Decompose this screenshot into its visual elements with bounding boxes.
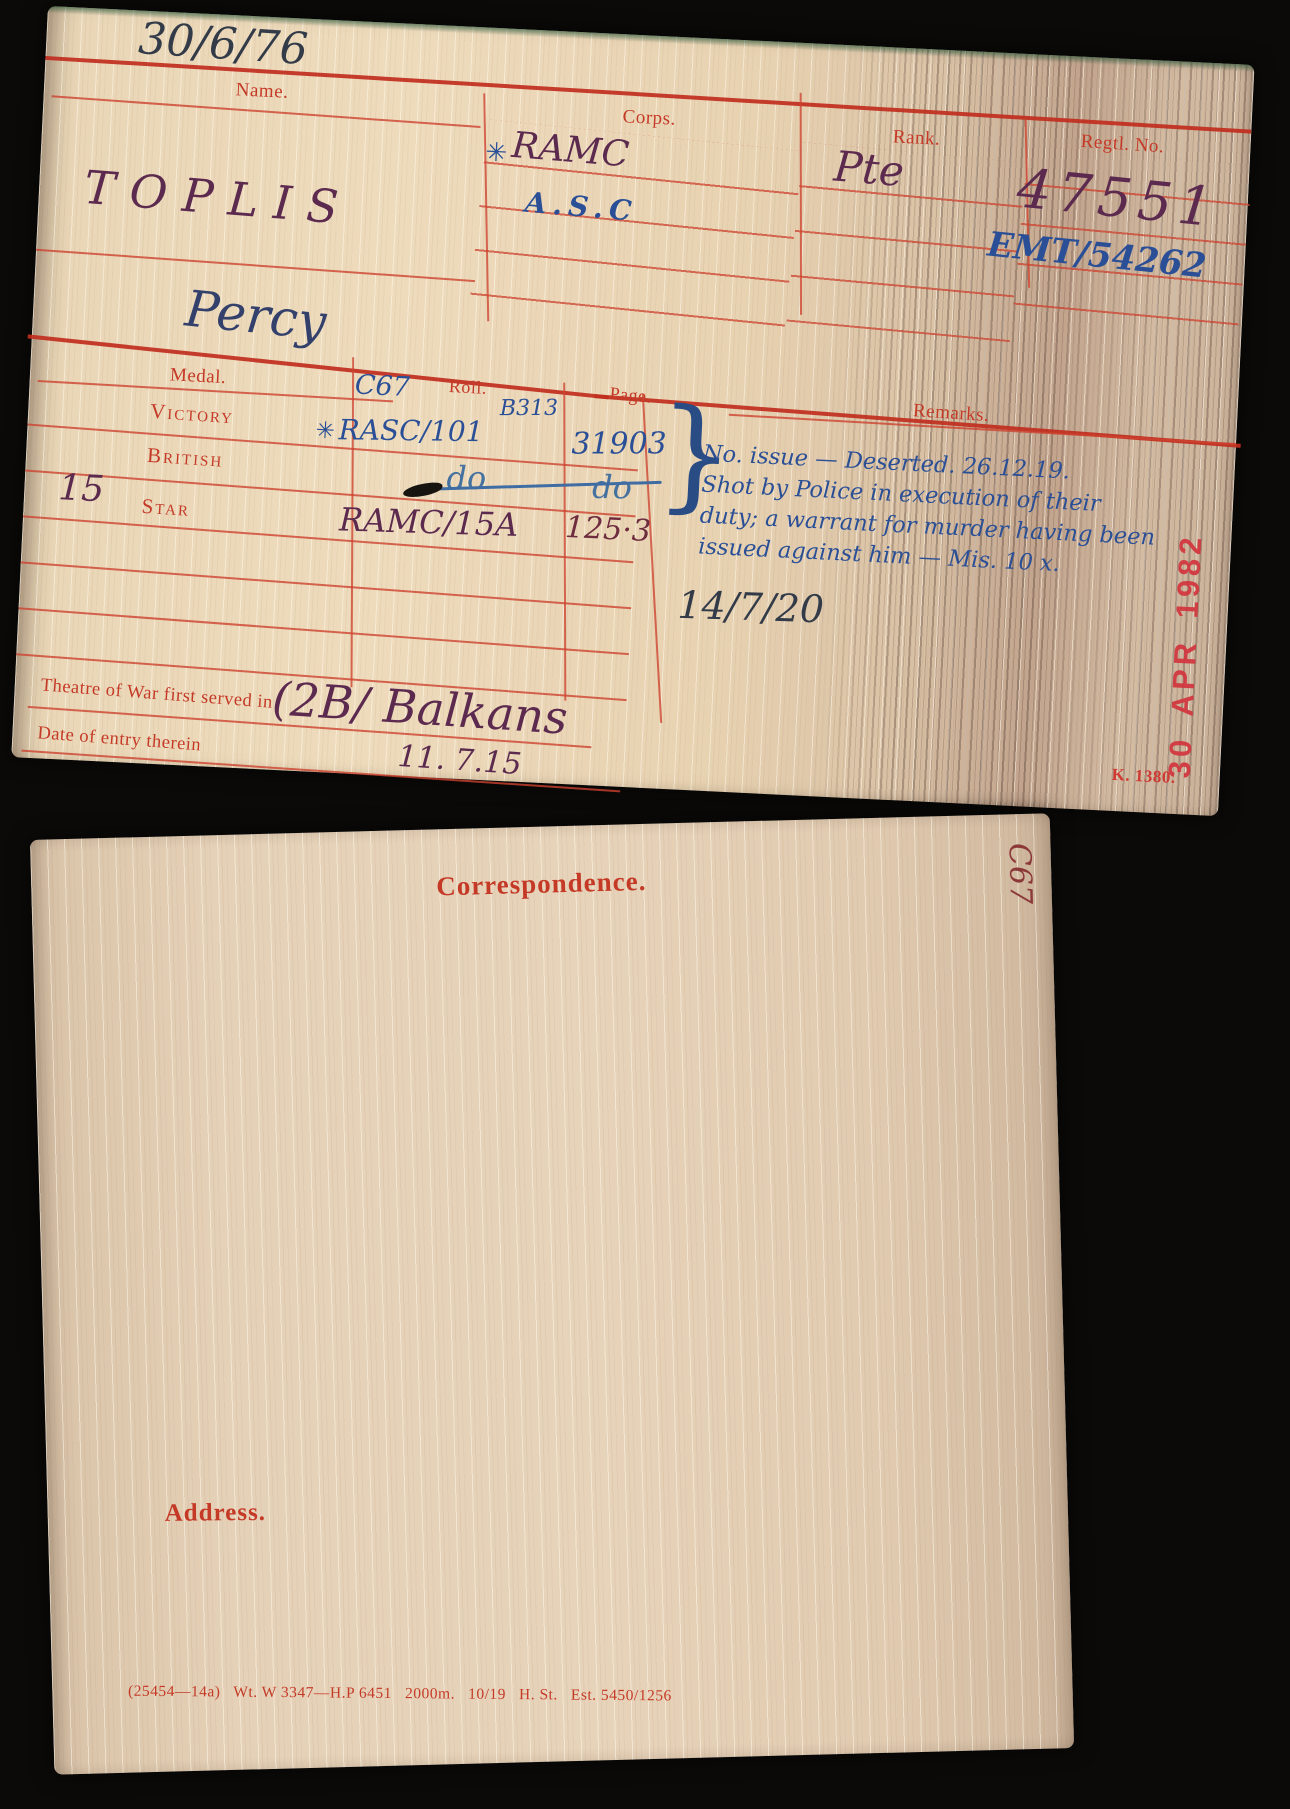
medal-row-british: British	[146, 443, 224, 473]
side-reference-handwritten: C67	[1001, 843, 1038, 905]
medal-label: Medal.	[158, 364, 239, 390]
medal-row-star: Star	[141, 494, 191, 522]
star-prefix-handwritten: 15	[57, 467, 105, 510]
page-row3-ditto: do	[592, 468, 632, 507]
remarks-date-handwritten: 14/7/20	[677, 583, 825, 632]
rank-handwritten: Pte	[832, 141, 906, 196]
medal-row-victory: Victory	[150, 399, 235, 430]
roll-row4-handwritten: RAMC/15A	[339, 500, 519, 544]
ink-blot	[402, 481, 443, 499]
roll-row1-handwritten: C67	[354, 369, 410, 403]
paper-texture	[30, 813, 1074, 1774]
theatre-of-war-handwritten: (2B/ Balkans	[271, 671, 570, 744]
date-stamp: 30 APR 1982	[1162, 588, 1207, 780]
forename-handwritten: Percy	[183, 280, 329, 352]
remarks-text: No. issue — Deserted. 26.12.19. Shot by …	[698, 439, 1193, 587]
printer-code: (25454—14a) Wt. W 3347—H.P 6451 2000m. 1…	[128, 1683, 672, 1706]
corps-asterisk: ✳	[485, 138, 508, 169]
page-row2-handwritten: 31903	[571, 426, 667, 461]
rule-line	[18, 607, 628, 655]
correspondence-title: Correspondence.	[31, 855, 1051, 913]
surname-handwritten: TOPLIS	[82, 160, 355, 235]
roll-row3-ditto: do	[446, 459, 486, 497]
rule-line	[21, 561, 631, 609]
rule-line	[25, 469, 635, 517]
medal-index-card-front: Name. Corps. Rank. Regtl. No. Medal. Vic…	[11, 6, 1254, 816]
name-label: Name.	[212, 78, 313, 105]
page-label: Page.	[597, 382, 665, 408]
rule-line	[22, 750, 621, 793]
address-label: Address.	[165, 1499, 267, 1528]
roll-row2-handwritten: RASC/101	[338, 413, 483, 448]
rule-line	[23, 515, 633, 563]
column-divider	[800, 93, 802, 315]
page-row4-handwritten: 125·3	[564, 510, 651, 549]
roll-label: Roll.	[435, 375, 500, 399]
scanned-document-page: Name. Corps. Rank. Regtl. No. Medal. Vic…	[0, 0, 1290, 1809]
rule-line	[36, 249, 475, 282]
roll-row2-asterisk: ✳	[315, 418, 336, 445]
theatre-of-war-label: Theatre of War first served in	[40, 675, 273, 713]
corps-label: Corps.	[599, 105, 700, 132]
medal-index-card-back: Correspondence. C67 Address. (25454—14a)…	[30, 813, 1074, 1774]
roll-row2-superscript: B313	[500, 396, 558, 421]
